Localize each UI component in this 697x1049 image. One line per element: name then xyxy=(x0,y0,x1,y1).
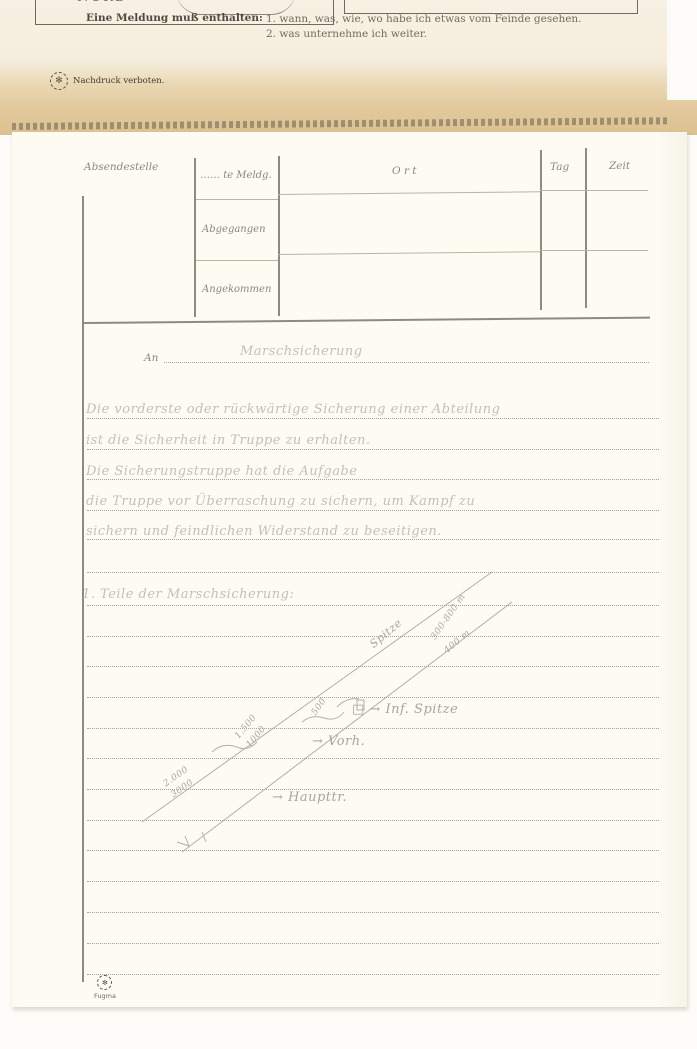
writing-line[interactable] xyxy=(87,728,659,729)
upper-sheet-edge xyxy=(667,0,697,100)
departed-label: Abgegangen xyxy=(202,224,266,235)
instruction-item: 1. wann, was, wie, wo habe ich etwas vom… xyxy=(266,12,582,27)
meldung-column-border xyxy=(194,158,196,317)
message-form-sheet: Absendestelle …… te Meldg. O r t Tag Zei… xyxy=(12,132,687,1007)
handwritten-line: Die Sicherungstruppe hat die Aufgabe xyxy=(86,464,358,479)
writing-line[interactable] xyxy=(87,449,659,450)
writing-line[interactable] xyxy=(87,666,659,667)
recipient-field[interactable] xyxy=(164,362,649,363)
handwritten-line: die Truppe vor Überraschung zu sichern, … xyxy=(86,494,475,509)
publisher-logo: ✻ Fugma xyxy=(94,975,116,1000)
sketch-label-haupttrupp: → Haupttr. xyxy=(272,790,347,805)
grid-line xyxy=(196,199,278,200)
writing-line[interactable] xyxy=(87,572,659,573)
upper-sheet: NORD Eine Meldung muß enthalten: 1. wann… xyxy=(0,0,697,135)
header-bottom-rule xyxy=(84,317,650,324)
day-column-header: Tag xyxy=(550,161,569,173)
handwritten-line: Die vorderste oder rückwärtige Sicherung… xyxy=(86,402,500,417)
writing-line[interactable] xyxy=(87,820,659,821)
zeit-column-border xyxy=(585,148,587,308)
sketch-label-vorhut: → Vorh. xyxy=(312,734,365,749)
grid-line xyxy=(278,251,540,255)
writing-line[interactable] xyxy=(87,850,659,851)
instruction-items: 1. wann, was, wie, wo habe ich etwas vom… xyxy=(266,12,582,42)
handwritten-line: sichern und feindlichen Widerstand zu be… xyxy=(86,524,442,539)
writing-line[interactable] xyxy=(87,605,659,606)
report-number-label: te Meldg. xyxy=(223,170,271,181)
arrived-label: Angekommen xyxy=(202,284,271,295)
rosette-logo-icon: ✻ xyxy=(97,975,112,990)
writing-line[interactable] xyxy=(87,758,659,759)
sheet-shade xyxy=(657,132,687,1007)
instruction-lead: Eine Meldung muß enthalten: xyxy=(86,12,263,24)
instruction-item: 2. was unternehme ich weiter. xyxy=(266,27,582,42)
sketch-label-diag-2: 400 m xyxy=(442,628,472,656)
writing-line[interactable] xyxy=(87,697,659,698)
handwritten-line: ist die Sicherheit in Truppe zu erhalten… xyxy=(86,433,371,448)
tag-column-border xyxy=(540,150,542,310)
sketch-label-spitze: Spitze xyxy=(367,616,404,650)
writing-line[interactable] xyxy=(87,974,659,975)
writing-line[interactable] xyxy=(87,539,659,540)
report-number-blank: …… xyxy=(200,170,220,181)
report-number-field[interactable]: …… te Meldg. xyxy=(200,170,272,181)
rosette-logo-icon: ✻ xyxy=(50,72,68,90)
grid-line xyxy=(540,250,648,251)
recipient-value: Marschsicherung xyxy=(240,344,363,359)
writing-line[interactable] xyxy=(87,479,659,480)
handwritten-line: 1. Teile der Marschsicherung: xyxy=(82,587,294,602)
sender-label: Absendestelle xyxy=(84,161,158,173)
writing-line[interactable] xyxy=(87,881,659,882)
reprint-notice: ✻ Nachdruck verboten. xyxy=(50,72,164,90)
left-margin-rule xyxy=(82,322,84,982)
sketch-distance: 500 xyxy=(310,696,329,717)
writing-line[interactable] xyxy=(87,912,659,913)
ort-column-border xyxy=(278,156,280,316)
writing-line[interactable] xyxy=(87,510,659,511)
place-column-header: O r t xyxy=(392,165,417,177)
compass-label: NORD xyxy=(78,0,128,5)
sketch-label-inf-spitze: □ → Inf. Spitze xyxy=(352,702,458,717)
sender-column-border xyxy=(82,196,84,323)
writing-line[interactable] xyxy=(87,943,659,944)
time-column-header: Zeit xyxy=(609,160,630,172)
recipient-label: An xyxy=(144,352,158,364)
reprint-text: Nachdruck verboten. xyxy=(73,76,164,86)
grid-line xyxy=(540,190,648,191)
grid-line xyxy=(278,191,540,195)
publisher-name: Fugma xyxy=(94,992,116,1000)
grid-line xyxy=(196,260,278,261)
writing-line[interactable] xyxy=(87,418,659,419)
